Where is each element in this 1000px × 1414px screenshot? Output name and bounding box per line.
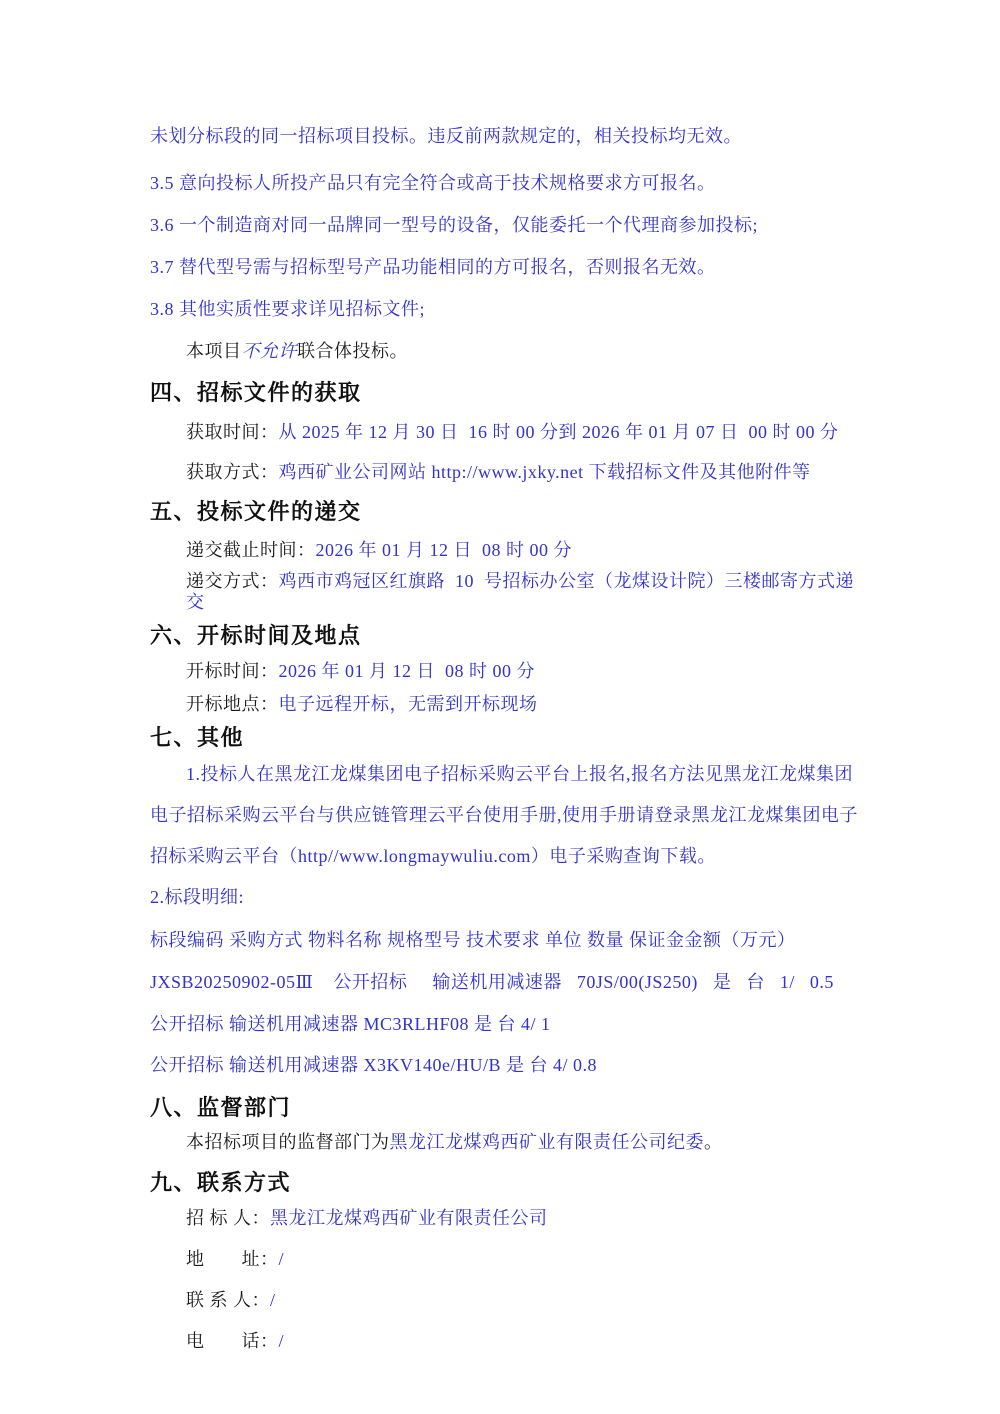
submit-deadline-row: 递交截止时间：2026 年 01 月 12 日 08 时 00 分: [150, 540, 860, 561]
contact-label: 联 系 人：: [186, 1290, 270, 1310]
bidder-value: 黑龙江龙煤鸡西矿业有限责任公司: [270, 1208, 548, 1228]
open-place-label: 开标地点：: [186, 694, 279, 714]
obtain-time-row: 获取时间：从 2025 年 12 月 30 日 16 时 00 分到 2026 …: [150, 422, 860, 443]
phone-label: 电 话：: [186, 1331, 279, 1351]
section-8-heading: 八、监督部门: [150, 1095, 860, 1120]
obtain-method-value: 鸡西矿业公司网站 http://www.jxky.net 下载招标文件及其他附件…: [279, 462, 811, 482]
open-time-label: 开标时间：: [186, 661, 279, 681]
clause-3-6: 3.6 一个制造商对同一品牌同一型号的设备，仅能委托一个代理商参加投标;: [150, 215, 860, 236]
open-time-value: 2026 年 01 月 12 日 08 时 00 分: [279, 661, 536, 681]
clause-3-8: 3.8 其他实质性要求详见招标文件;: [150, 299, 860, 320]
obtain-method-label: 获取方式：: [186, 462, 279, 482]
lot-table-row: 公开招标 输送机用减速器 MC3RLHF08 是 台 4/ 1: [150, 1014, 860, 1035]
contact-row: 联 系 人：/: [150, 1290, 860, 1311]
document-content: 未划分标段的同一招标项目投标。违反前两款规定的，相关投标均无效。 3.5 意向投…: [0, 0, 1000, 1352]
supervision-row: 本招标项目的监督部门为黑龙江龙煤鸡西矿业有限责任公司纪委。: [150, 1132, 860, 1153]
open-place-row: 开标地点：电子远程开标，无需到开标现场: [150, 694, 860, 715]
section-6-heading: 六、开标时间及地点: [150, 623, 860, 648]
open-place-value: 电子远程开标，无需到开标现场: [279, 694, 538, 714]
lot-table-row: JXSB20250902-05Ⅲ 公开招标 输送机用减速器 70JS/00(JS…: [150, 972, 860, 993]
submit-deadline-value: 2026 年 01 月 12 日 08 时 00 分: [316, 540, 573, 560]
clause-3-5: 3.5 意向投标人所投产品只有完全符合或高于技术规格要求方可报名。: [150, 173, 860, 194]
open-time-row: 开标时间：2026 年 01 月 12 日 08 时 00 分: [150, 661, 860, 682]
bidder-label: 招 标 人：: [186, 1208, 270, 1228]
submit-method-value: 鸡西市鸡冠区红旗路 10 号招标办公室（龙煤设计院）三楼邮寄方式递交: [186, 571, 854, 612]
submit-method-label: 递交方式：: [186, 571, 279, 591]
section-9-heading: 九、联系方式: [150, 1170, 860, 1195]
joint-bid-not-allowed: 不允许: [242, 341, 298, 361]
obtain-time-value: 从 2025 年 12 月 30 日 16 时 00 分到 2026 年 01 …: [279, 422, 839, 442]
submit-deadline-label: 递交截止时间：: [186, 540, 316, 560]
platform-signup-paragraph: 1.投标人在黑龙江龙煤集团电子招标采购云平台上报名,报名方法见黑龙江龙煤集团电子…: [150, 754, 860, 877]
joint-bid-suffix: 联合体投标。: [297, 341, 408, 361]
contact-value: /: [270, 1290, 276, 1310]
supervision-prefix: 本招标项目的监督部门为: [186, 1132, 390, 1152]
address-label: 地 址：: [186, 1249, 279, 1269]
supervision-value: 黑龙江龙煤鸡西矿业有限责任公司纪委: [390, 1132, 705, 1152]
section-4-heading: 四、招标文件的获取: [150, 380, 860, 405]
address-value: /: [279, 1249, 285, 1269]
address-row: 地 址：/: [150, 1249, 860, 1270]
clause-3-7: 3.7 替代型号需与招标型号产品功能相同的方可报名，否则报名无效。: [150, 257, 860, 278]
section-7-heading: 七、其他: [150, 725, 860, 750]
supervision-suffix: 。: [704, 1132, 723, 1152]
lot-table-header: 标段编码 采购方式 物料名称 规格型号 技术要求 单位 数量 保证金金额（万元）: [150, 930, 860, 951]
phone-row: 电 话：/: [150, 1331, 860, 1352]
lot-table-row: 公开招标 输送机用减速器 X3KV140e/HU/B 是 台 4/ 0.8: [150, 1055, 860, 1076]
phone-value: /: [279, 1331, 285, 1351]
document-page: 未划分标段的同一招标项目投标。违反前两款规定的，相关投标均无效。 3.5 意向投…: [0, 0, 1000, 1414]
obtain-method-row: 获取方式：鸡西矿业公司网站 http://www.jxky.net 下载招标文件…: [150, 462, 860, 483]
joint-bid-clause: 本项目不允许联合体投标。: [150, 341, 860, 362]
section-5-heading: 五、投标文件的递交: [150, 499, 860, 524]
joint-bid-prefix: 本项目: [186, 341, 242, 361]
submit-method-row: 递交方式：鸡西市鸡冠区红旗路 10 号招标办公室（龙煤设计院）三楼邮寄方式递交: [150, 571, 860, 613]
bidder-row: 招 标 人：黑龙江龙煤鸡西矿业有限责任公司: [150, 1208, 860, 1229]
clause-continuation: 未划分标段的同一招标项目投标。违反前两款规定的，相关投标均无效。: [150, 126, 860, 147]
lot-detail-label: 2.标段明细:: [150, 887, 860, 908]
obtain-time-label: 获取时间：: [186, 422, 279, 442]
